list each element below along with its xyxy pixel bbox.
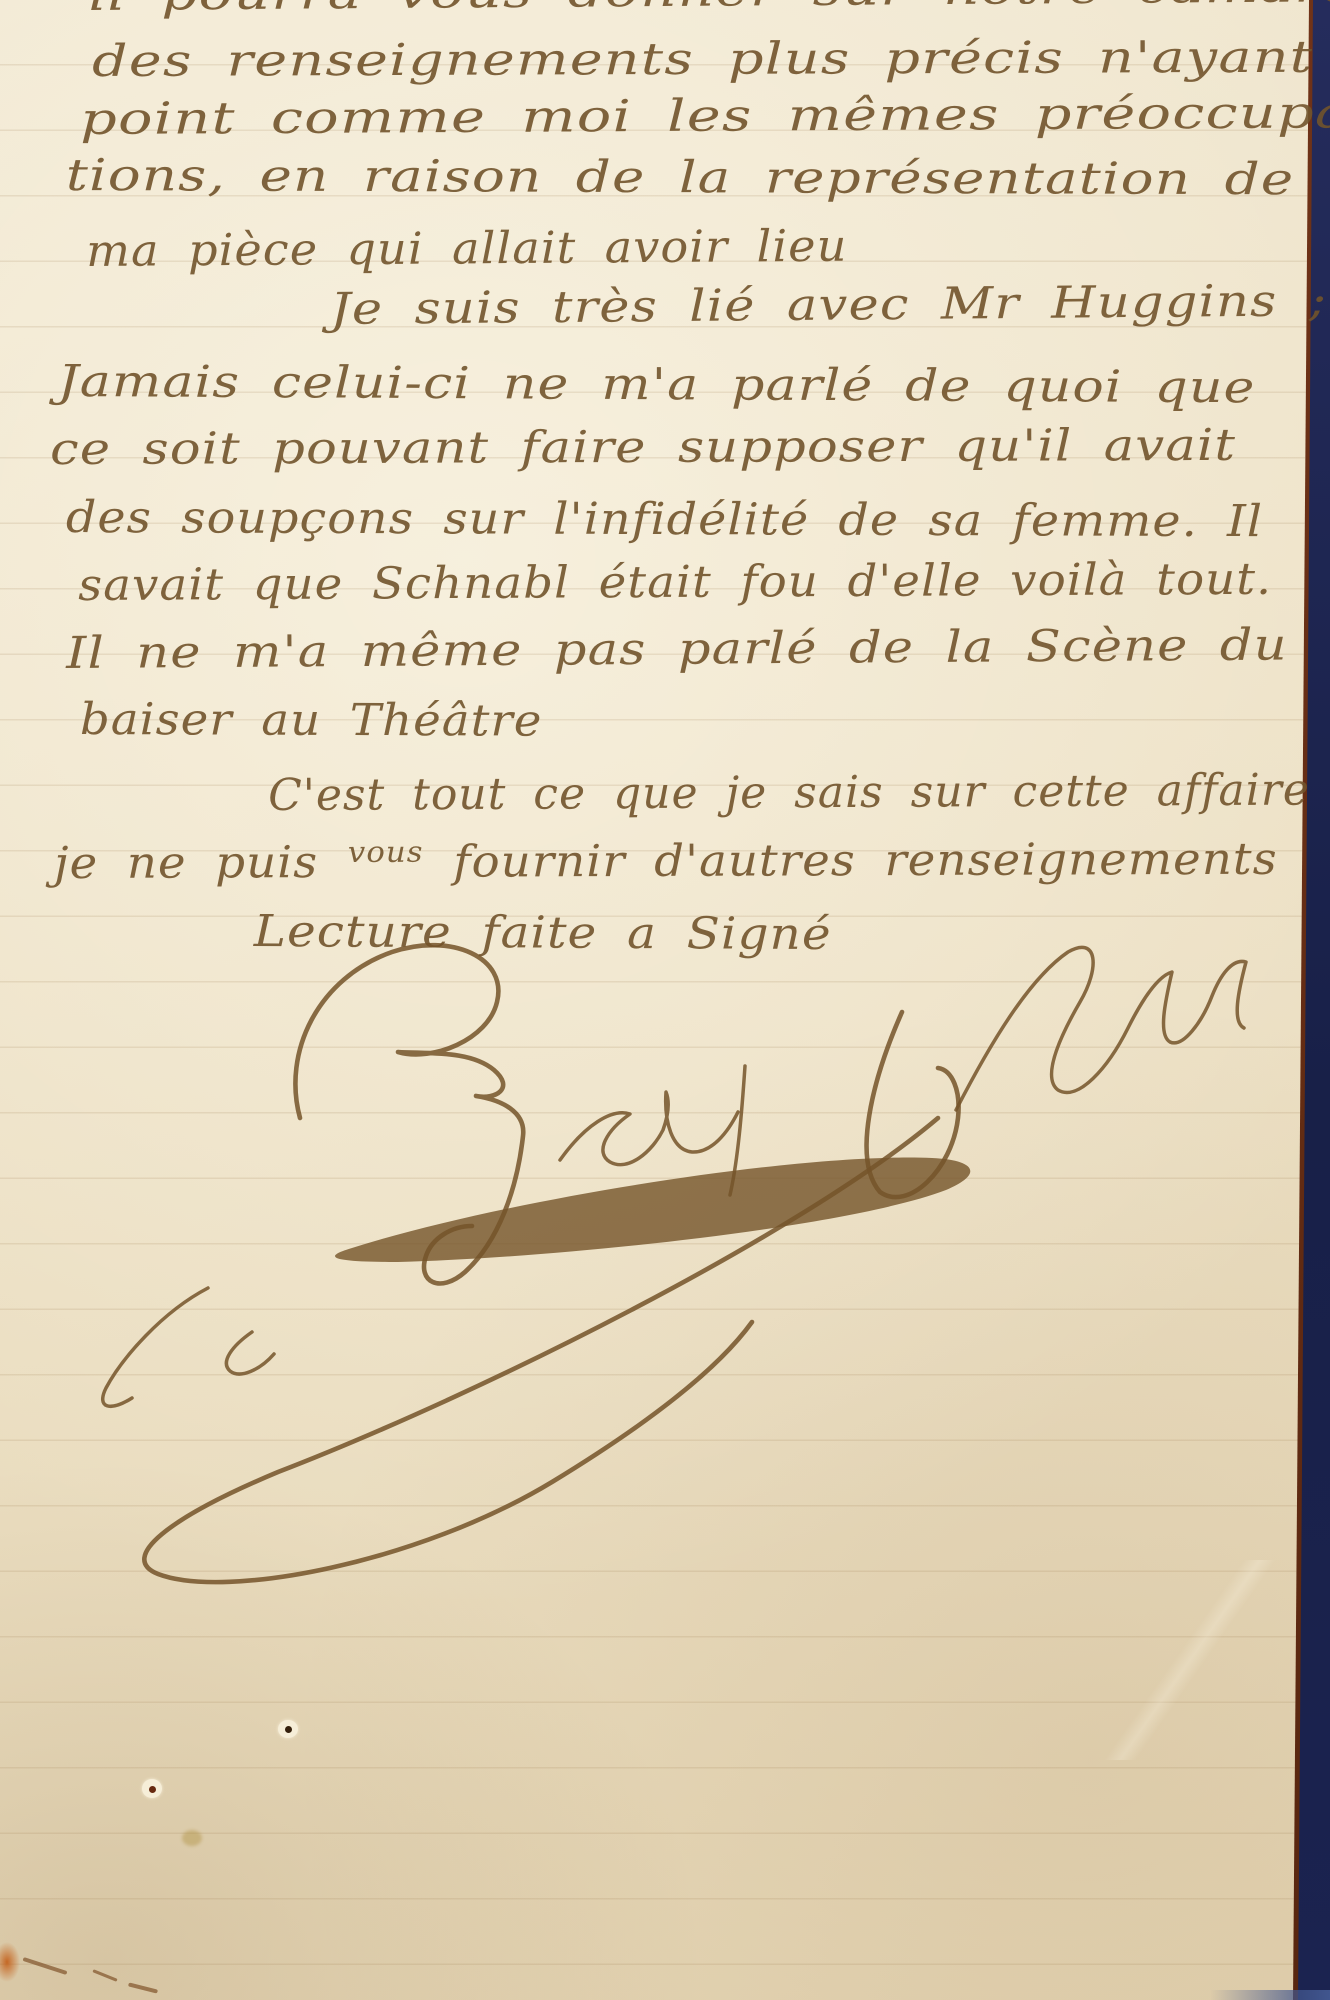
- scanned-letter-page: il pourra vous donner sur notre camarade…: [0, 0, 1330, 2000]
- ink-stain: [182, 1830, 202, 1846]
- paper-hole-speck: [142, 1779, 162, 1798]
- paper-crease-sheen: [1060, 1560, 1320, 1760]
- paper-hole-speck: [278, 1720, 298, 1738]
